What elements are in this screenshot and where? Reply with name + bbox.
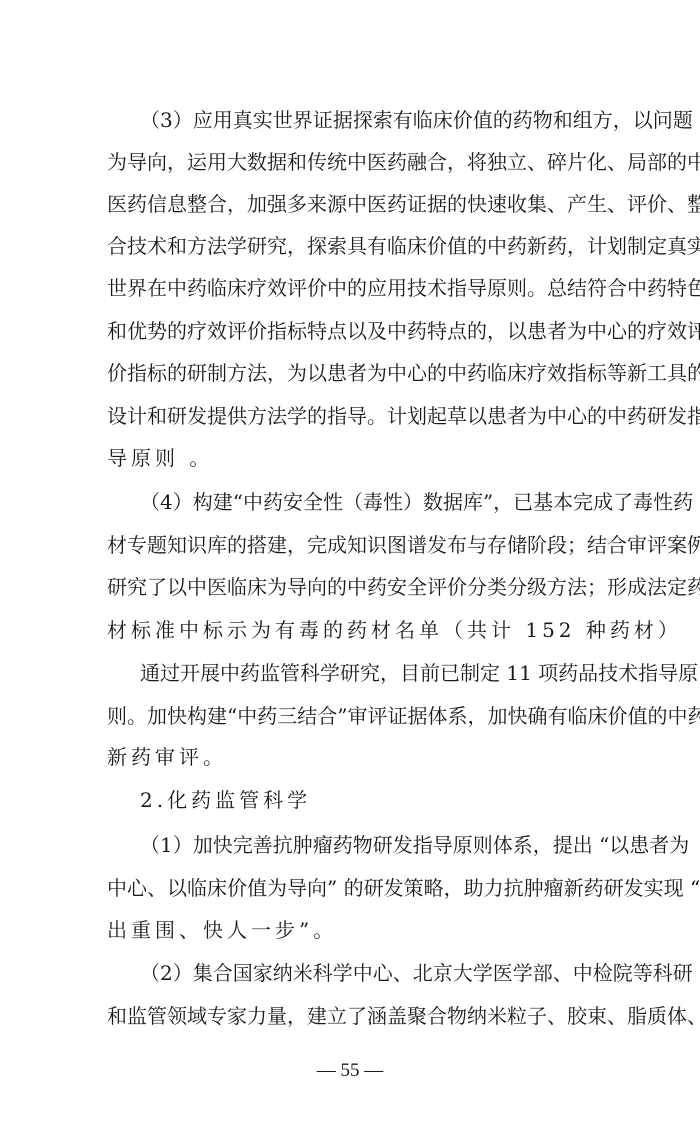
- text-line: 和优势的疗效评价指标特点以及中药特点的，以患者为中心的疗效评: [107, 319, 593, 343]
- text-line: 通过开展中药监管科学研究，目前已制定 11 项药品技术指导原: [140, 661, 593, 685]
- text-line: 和监管领域专家力量，建立了涵盖聚合物纳米粒子、胶束、脂质体、: [107, 1004, 593, 1028]
- text-line: 合技术和方法学研究，探索具有临床价值的中药新药，计划制定真实: [107, 234, 593, 258]
- text-line: 研究了以中医临床为导向的中药安全评价分类分级方法；形成法定药: [107, 575, 593, 599]
- text-line: 材专题知识库的搭建，完成知识图谱发布与存储阶段；结合审评案例: [107, 533, 593, 557]
- text-line: 医药信息整合，加强多来源中医药证据的快速收集、产生、评价、整: [107, 192, 593, 216]
- text-line: （2）集合国家纳米科学中心、北京大学医学部、中检院等科研: [140, 961, 593, 985]
- text-line: 世界在中药临床疗效评价中的应用技术指导原则。总结符合中药特色: [107, 276, 593, 300]
- text-line: 价指标的研制方法，为以患者为中心的中药临床疗效指标等新工具的: [107, 361, 593, 385]
- text-line: 设计和研发提供方法学的指导。计划起草以患者为中心的中药研发指: [107, 404, 593, 428]
- text-line: （3）应用真实世界证据探索有临床价值的药物和组方，以问题: [140, 108, 593, 132]
- text-line: （1）加快完善抗肿瘤药物研发指导原则体系，提出 “以患者为: [140, 833, 593, 857]
- document-page: （3）应用真实世界证据探索有临床价值的药物和组方，以问题为导向，运用大数据和传统…: [0, 0, 700, 1148]
- text-line: 新药审评。: [107, 745, 227, 769]
- text-line: 材标准中标示为有毒的药材名单（共计 152 种药材）: [107, 618, 682, 642]
- text-line: 导原则 。: [107, 446, 213, 470]
- text-line: 则。加快构建“中药三结合”审评证据体系，加快确有临床价值的中药: [107, 704, 593, 728]
- text-line: 为导向，运用大数据和传统中医药融合，将独立、碎片化、局部的中: [107, 150, 593, 174]
- text-line: 出重围、快人一步”。: [107, 918, 337, 942]
- text-line: 2.化药监管科学: [140, 788, 311, 812]
- text-line: （4）构建“中药安全性（毒性）数据库”，已基本完成了毒性药: [140, 490, 593, 514]
- page-number: — 55 —: [0, 1060, 700, 1082]
- text-line: 中心、以临床价值为导向” 的研发策略，助力抗肿瘤新药研发实现 “突: [107, 876, 593, 900]
